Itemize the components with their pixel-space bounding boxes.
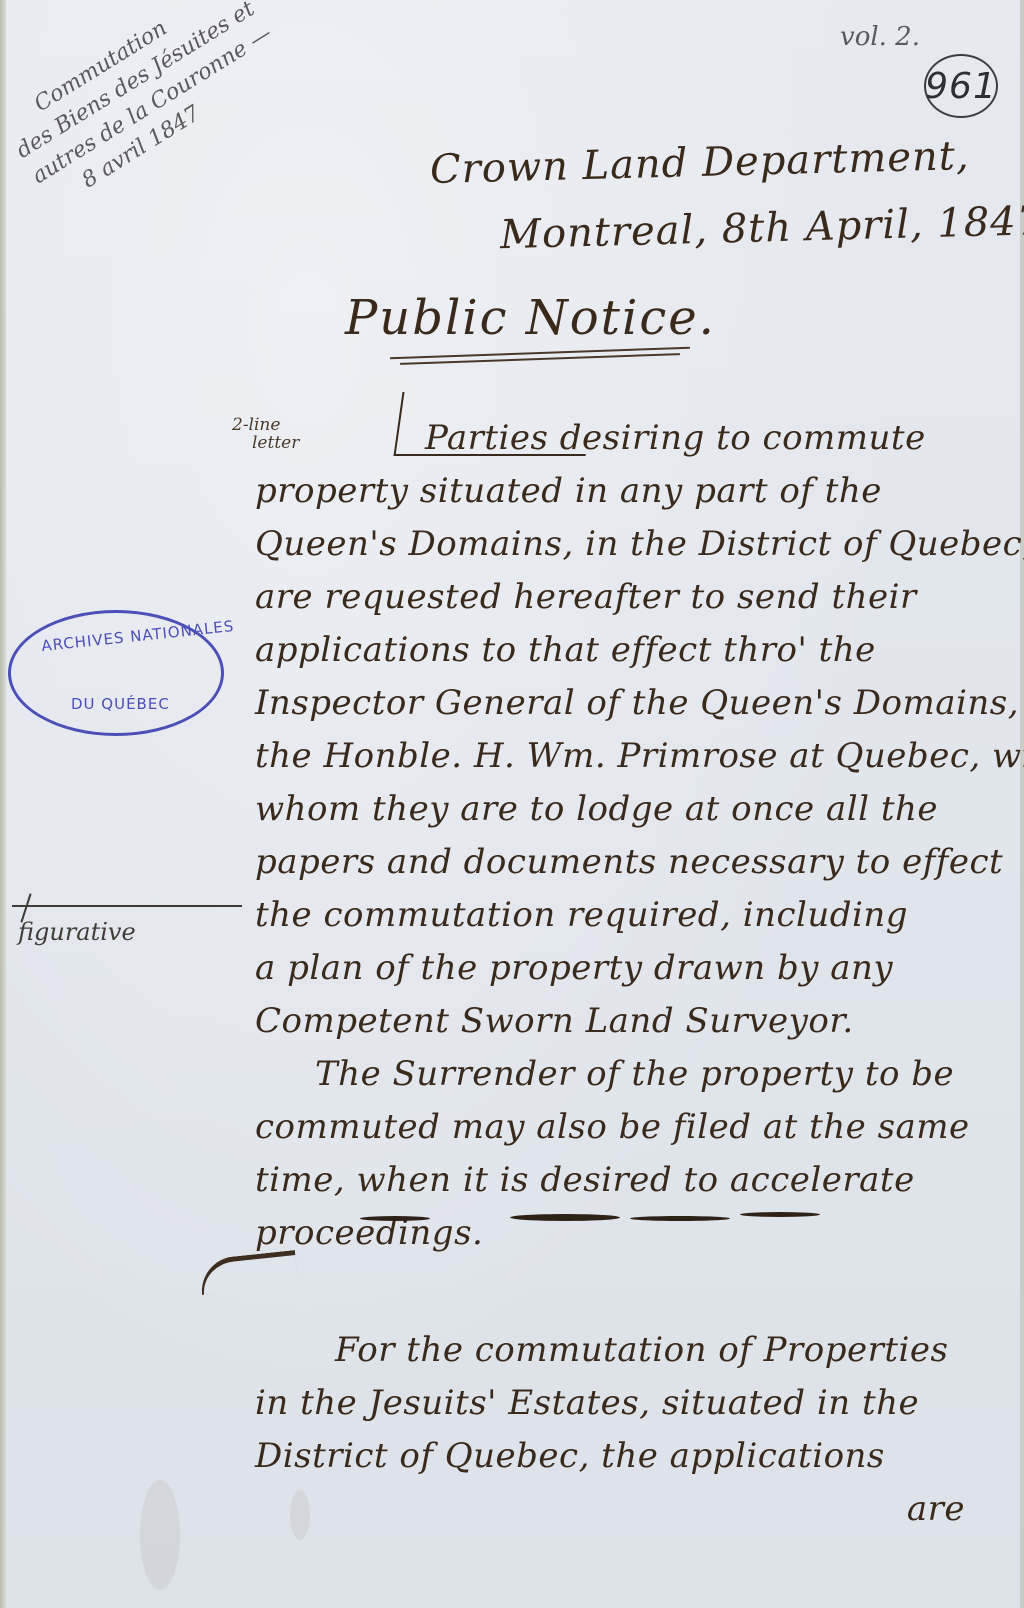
text-line: Parties desiring to commute [255, 412, 995, 465]
stamp-top-text: ARCHIVES NATIONALES [41, 617, 236, 655]
text-line: District of Quebec, the applications [255, 1430, 995, 1483]
spacer [255, 1260, 995, 1324]
separator-dash [360, 1216, 430, 1221]
text-line: papers and documents necessary to effect [255, 836, 995, 889]
pencil-annotation: Commutation des Biens des Jésuites et au… [0, 0, 296, 228]
paper-stain [140, 1480, 180, 1590]
text-line: For the commutation of Properties [255, 1324, 995, 1377]
separator-dash [630, 1216, 730, 1221]
text-line: The Surrender of the property to be [255, 1048, 995, 1101]
text-line: time, when it is desired to accelerate [255, 1154, 995, 1207]
department-heading: Crown Land Department, [429, 133, 970, 193]
text-line: Inspector General of the Queen's Domains… [255, 677, 995, 730]
text-line: property situated in any part of the [255, 465, 995, 518]
text-line: applications to that effect thro' the [255, 624, 995, 677]
manuscript-page: Commutation des Biens des Jésuites et au… [0, 0, 1024, 1608]
text-line: are requested hereafter to send their [255, 571, 995, 624]
catchword: are [255, 1483, 995, 1536]
text-line: the Honble. H. Wm. Primrose at Quebec, w… [255, 730, 995, 783]
text-line: a plan of the property drawn by any [255, 942, 995, 995]
text-line: commuted may also be filed at the same [255, 1101, 995, 1154]
section-separator [360, 1212, 820, 1226]
page-edge-left [0, 0, 6, 1608]
separator-dash [740, 1212, 820, 1217]
folio-number: 961 [924, 54, 998, 118]
text-line: Competent Sworn Land Surveyor. [255, 995, 995, 1048]
text-line: whom they are to lodge at once all the [255, 783, 995, 836]
stamp-bottom-text: DU QUÉBEC [71, 695, 170, 713]
margin-rule [12, 905, 242, 907]
text-line: in the Jesuits' Estates, situated in the [255, 1377, 995, 1430]
separator-dash [510, 1214, 620, 1221]
place-date-heading: Montreal, 8th April, 1847. [499, 198, 1024, 259]
text-line: the commutation required, including [255, 889, 995, 942]
document-body: Parties desiring to commute property sit… [255, 412, 995, 1536]
text-line: Queen's Domains, in the District of Queb… [255, 518, 995, 571]
volume-note: vol. 2. [840, 22, 920, 52]
margin-note-figurative: figurative [18, 918, 136, 946]
archive-stamp: ARCHIVES NATIONALES DU QUÉBEC [8, 610, 224, 736]
document-title: Public Notice. [345, 290, 716, 346]
